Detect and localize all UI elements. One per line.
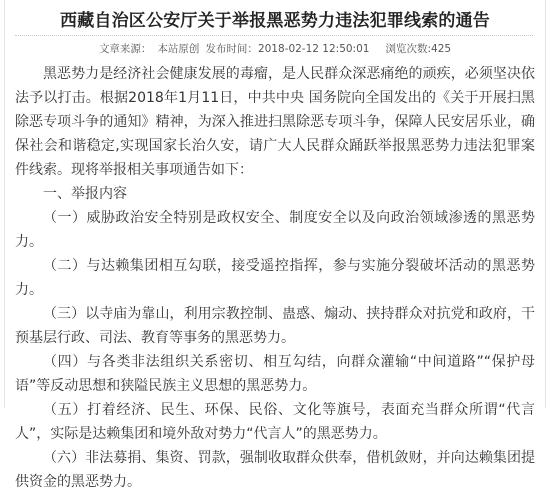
list-item: （五）打着经济、民生、环保、民俗、文化等旗号，表面充当群众所谓“代言人”，实际是…	[15, 398, 535, 408]
article-body: 黑恶势力是经济社会健康发展的毒瘤，是人民群众深恶痛绝的顽疾，必须坚决依法予以打击…	[15, 62, 535, 408]
article-page: 西藏自治区公安厅关于举报黑恶势力违法犯罪线索的通告 文章来源：本站原创发布时间：…	[4, 0, 546, 408]
list-item: （四）与各类非法组织关系密切、相互勾结，向群众灌输“中间道路”“保护母语”等反动…	[15, 350, 535, 398]
list-item: （三）以寺庙为靠山，利用宗教控制、蛊惑、煽动、挟持群众对抗党和政府，干预基层行政…	[15, 302, 535, 350]
views-label: 浏览次数:	[385, 41, 431, 56]
article-meta: 文章来源：本站原创发布时间：2018-02-12 12:50:01浏览次数:42…	[5, 41, 545, 56]
title-divider	[15, 35, 533, 36]
list-item: （一）威胁政治安全特别是政权安全、制度安全以及向政治领域渗透的黑恶势力。	[15, 206, 535, 254]
source-value: 本站原创	[157, 41, 199, 56]
source-label: 文章来源：	[99, 41, 152, 56]
intro-paragraph: 黑恶势力是经济社会健康发展的毒瘤，是人民群众深恶痛绝的顽疾，必须坚决依法予以打击…	[15, 62, 535, 182]
article-title: 西藏自治区公安厅关于举报黑恶势力违法犯罪线索的通告	[5, 6, 545, 31]
list-item: （二）与达赖集团相互勾联，接受遥控指挥，参与实施分裂破坏活动的黑恶势力。	[15, 254, 535, 302]
published-label: 发布时间：	[205, 41, 258, 56]
published-value: 2018-02-12 12:50:01	[258, 43, 370, 55]
views-value: 425	[431, 43, 451, 55]
section-heading: 一、举报内容	[15, 182, 535, 206]
